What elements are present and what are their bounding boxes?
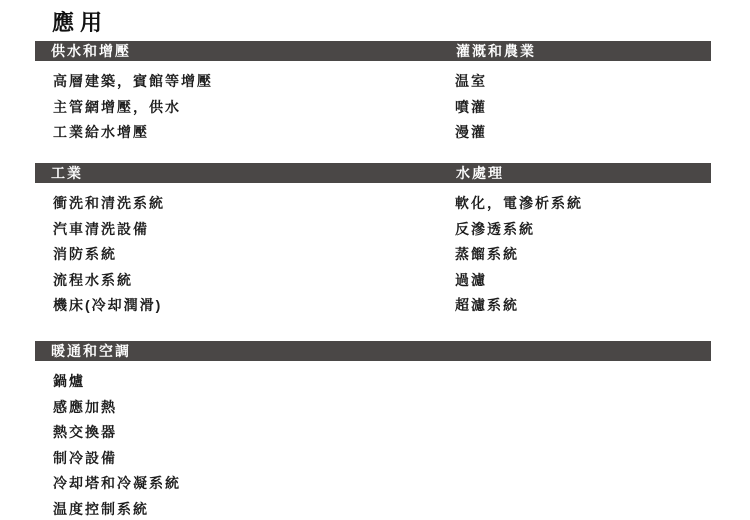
list-item: 汽車清洗設備 — [53, 217, 165, 243]
list-item: 消防系統 — [53, 242, 165, 268]
list-item: 鍋爐 — [53, 369, 181, 395]
section-header-bar: 供水和增壓灌溉和農業 — [35, 41, 711, 61]
item-list: 衝洗和清洗系統汽車清洗設備消防系統流程水系統機床(冷却潤滑) — [53, 191, 165, 319]
list-item: 熱交換器 — [53, 420, 181, 446]
section: 工業水處理衝洗和清洗系統汽車清洗設備消防系統流程水系統機床(冷却潤滑)軟化，電滲… — [35, 163, 711, 183]
list-item: 反滲透系統 — [455, 217, 583, 243]
list-item: 噴灌 — [455, 95, 487, 121]
list-item: 工業給水增壓 — [53, 120, 213, 146]
list-item: 流程水系統 — [53, 268, 165, 294]
page-title: 應用 — [52, 6, 108, 37]
list-item: 過濾 — [455, 268, 583, 294]
list-item: 蒸餾系統 — [455, 242, 583, 268]
section-header-label: 灌溉和農業 — [456, 41, 536, 61]
section-header-label: 水處理 — [456, 163, 504, 183]
section-header-label: 供水和增壓 — [51, 41, 131, 61]
section-header-label: 暖通和空調 — [51, 341, 131, 361]
list-item: 制冷設備 — [53, 446, 181, 472]
item-list: 温室噴灌漫灌 — [455, 69, 487, 146]
section: 供水和增壓灌溉和農業高層建築，賓館等增壓主管網增壓，供水工業給水增壓温室噴灌漫灌 — [35, 41, 711, 61]
section-header-bar: 工業水處理 — [35, 163, 711, 183]
applications-page: 應用 供水和增壓灌溉和農業高層建築，賓館等增壓主管網增壓，供水工業給水增壓温室噴… — [0, 0, 750, 520]
item-list: 高層建築，賓館等增壓主管網增壓，供水工業給水增壓 — [53, 69, 213, 146]
list-item: 漫灌 — [455, 120, 487, 146]
section-header-bar: 暖通和空調 — [35, 341, 711, 361]
item-list: 鍋爐感應加熱熱交換器制冷設備冷却塔和冷凝系統温度控制系統 — [53, 369, 181, 520]
item-list: 軟化，電滲析系統反滲透系統蒸餾系統過濾超濾系統 — [455, 191, 583, 319]
section-header-label: 工業 — [51, 163, 83, 183]
list-item: 感應加熱 — [53, 395, 181, 421]
list-item: 高層建築，賓館等增壓 — [53, 69, 213, 95]
list-item: 軟化，電滲析系統 — [455, 191, 583, 217]
list-item: 主管網增壓，供水 — [53, 95, 213, 121]
list-item: 衝洗和清洗系統 — [53, 191, 165, 217]
list-item: 冷却塔和冷凝系統 — [53, 471, 181, 497]
list-item: 温室 — [455, 69, 487, 95]
list-item: 機床(冷却潤滑) — [53, 293, 165, 319]
list-item: 超濾系統 — [455, 293, 583, 319]
list-item: 温度控制系統 — [53, 497, 181, 520]
section: 暖通和空調鍋爐感應加熱熱交換器制冷設備冷却塔和冷凝系統温度控制系統 — [35, 341, 711, 361]
